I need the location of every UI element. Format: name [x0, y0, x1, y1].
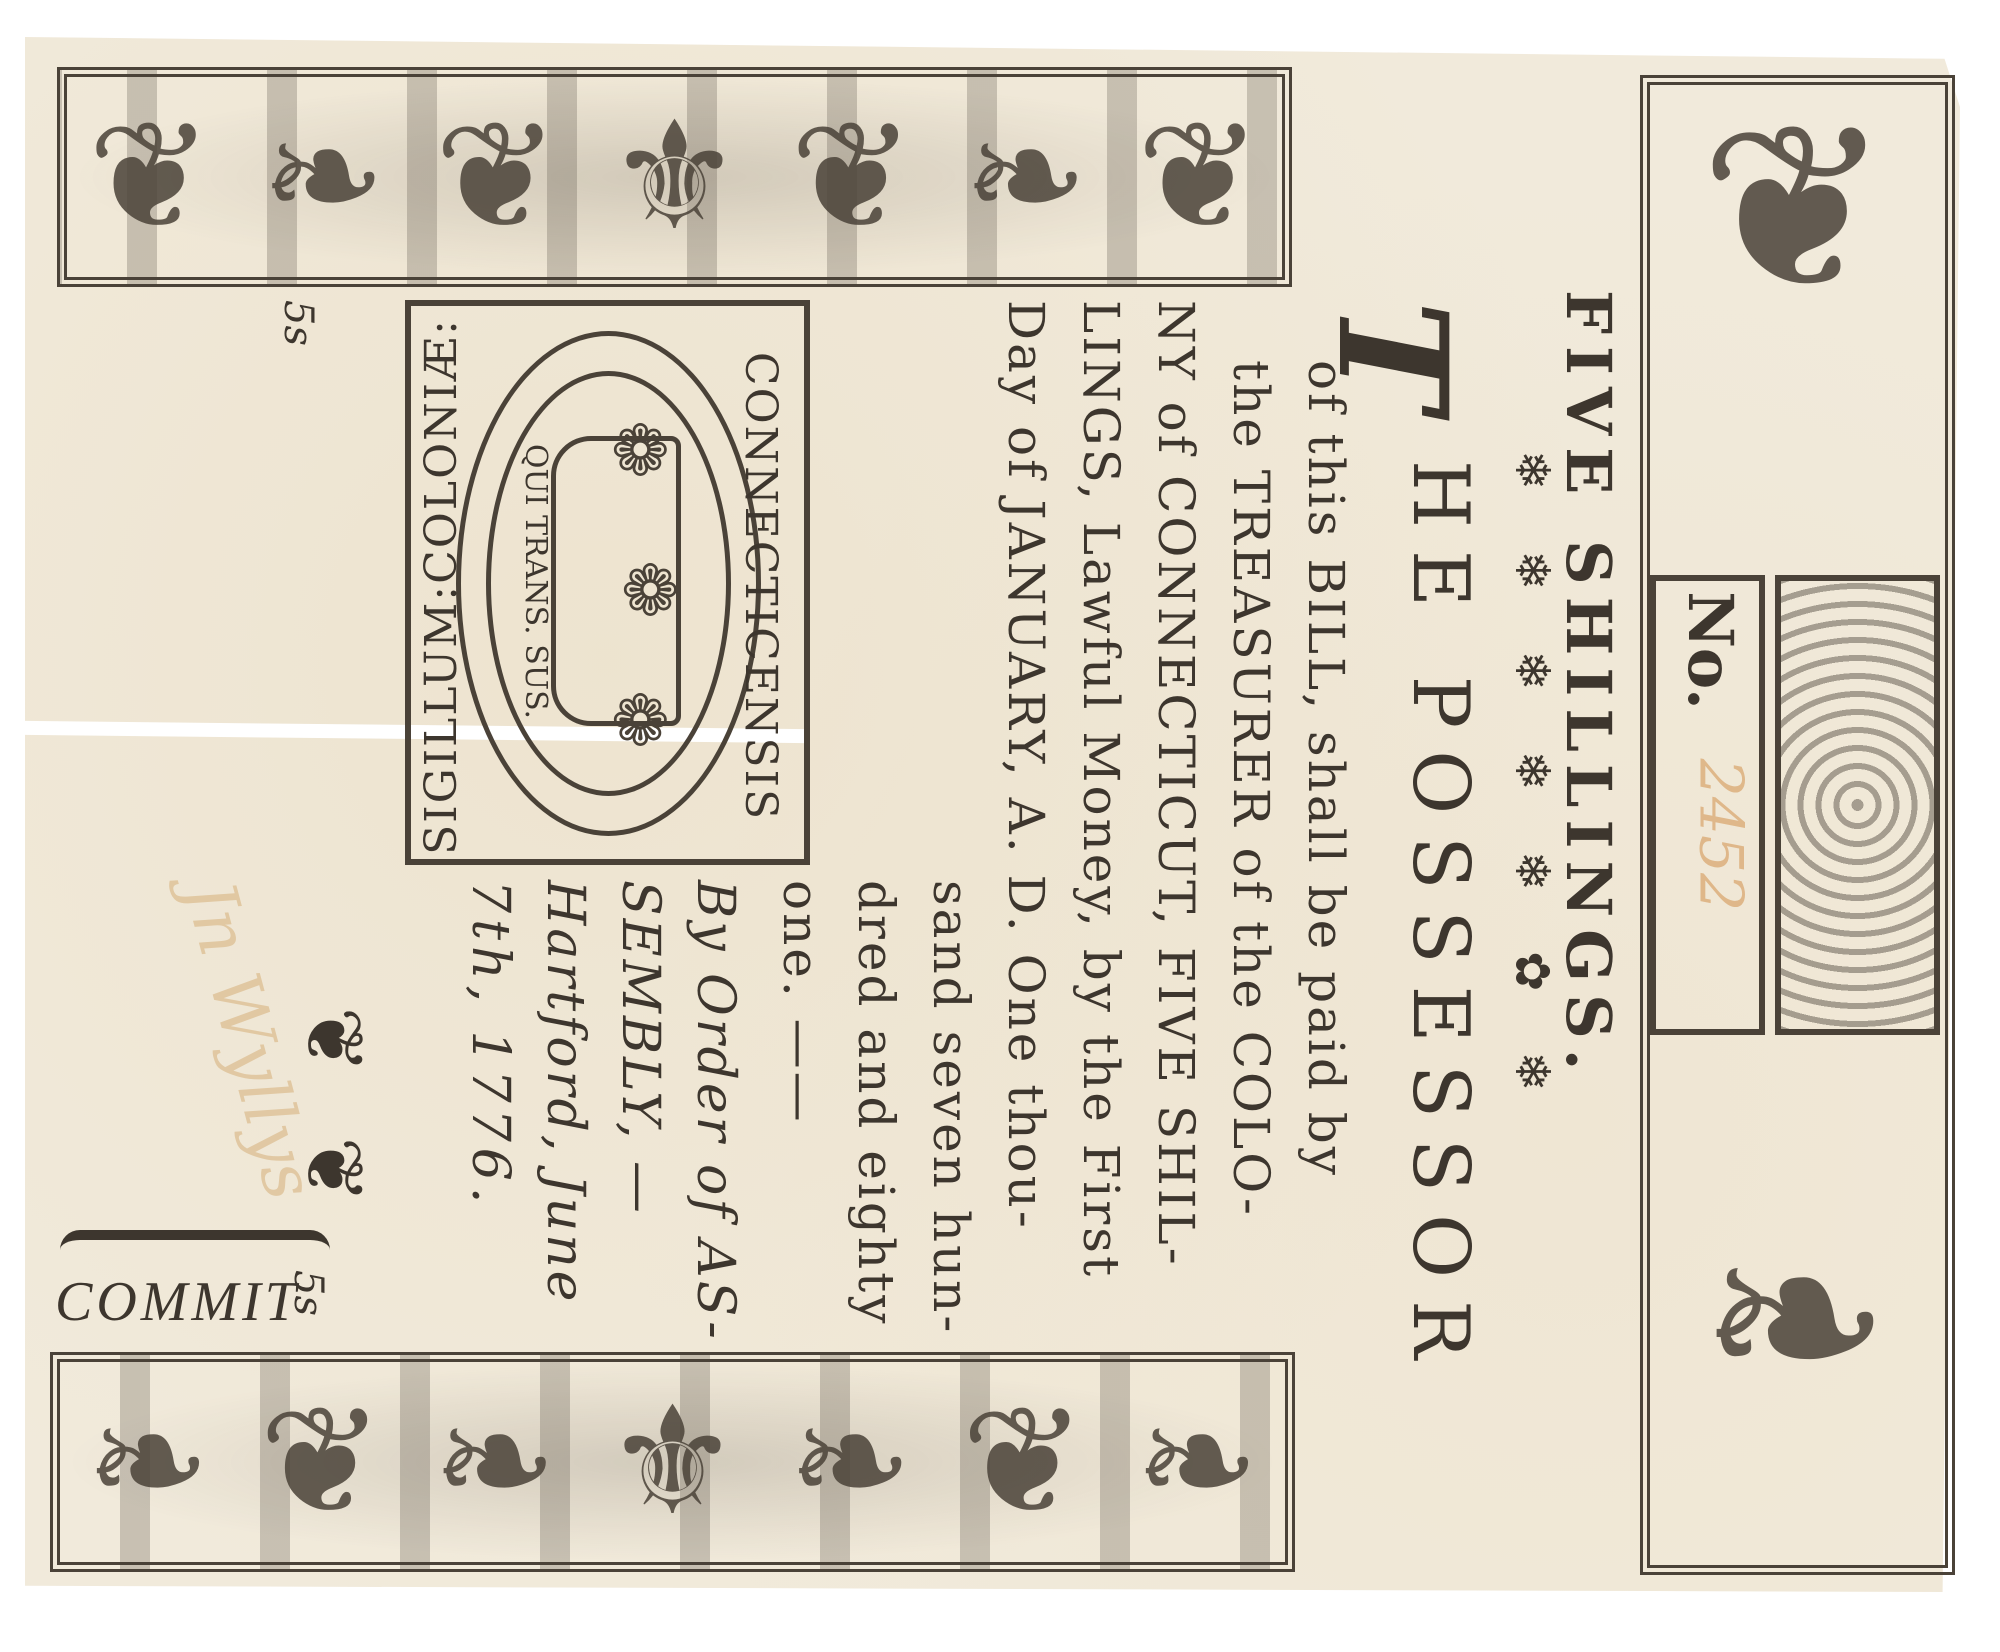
dragon-ornament-icon: ❧: [1660, 1205, 1930, 1435]
body-line-5: Day of JANUARY, A. D. One thou-: [1055, 300, 1986, 358]
faded-signature: Jn Wyllys: [140, 870, 360, 1210]
denomination-mark: 5s: [275, 300, 321, 346]
floral-ornament-icon: [1775, 575, 1940, 1035]
brace-ornament: [60, 1230, 330, 1270]
body-line-2: the TREASURER of the COLO-: [1280, 360, 2000, 418]
seal-legend-bottom: SIGILLUM:COLONIÆ:: [411, 346, 471, 826]
seal-motto: QUI TRANS. SUS.: [506, 416, 566, 746]
scroll-ornament-icon: ❦ ❧ ❦ ⚜ ❦ ❧ ❦: [79, 89, 1270, 265]
scroll-ornament-icon: ❧ ❦ ❧ ⚜ ❧ ❦ ❧: [72, 1374, 1273, 1550]
serial-label: No.: [1660, 585, 1760, 715]
grapevine-icon: ❁: [611, 416, 670, 486]
commit-label: COMMIT: [55, 1270, 300, 1334]
seal-legend-top: CONNECTICENSIS: [711, 346, 811, 826]
grapevine-icon: ❁: [621, 556, 680, 626]
grapevine-icon: ❁: [611, 686, 670, 756]
snowflake-ornament-icon: ❄❄❄❄❄✿❄: [1504, 450, 1560, 1152]
serial-number: 2452: [1690, 720, 1750, 950]
bottom-ornamental-border: ❧ ❦ ❧ ⚜ ❧ ❦ ❧: [50, 1352, 1295, 1572]
order-line-4: 7th, 1776.: [520, 880, 849, 940]
top-ornamental-border: ❦ ❧ ❦ ⚜ ❦ ❧ ❦: [57, 67, 1292, 287]
colony-seal: ❁ ❁ ❁ CONNECTICENSIS SIGILLUM:COLONIÆ: Q…: [405, 300, 810, 865]
title-ornaments: ❄❄❄❄❄✿❄: [1560, 450, 2000, 506]
